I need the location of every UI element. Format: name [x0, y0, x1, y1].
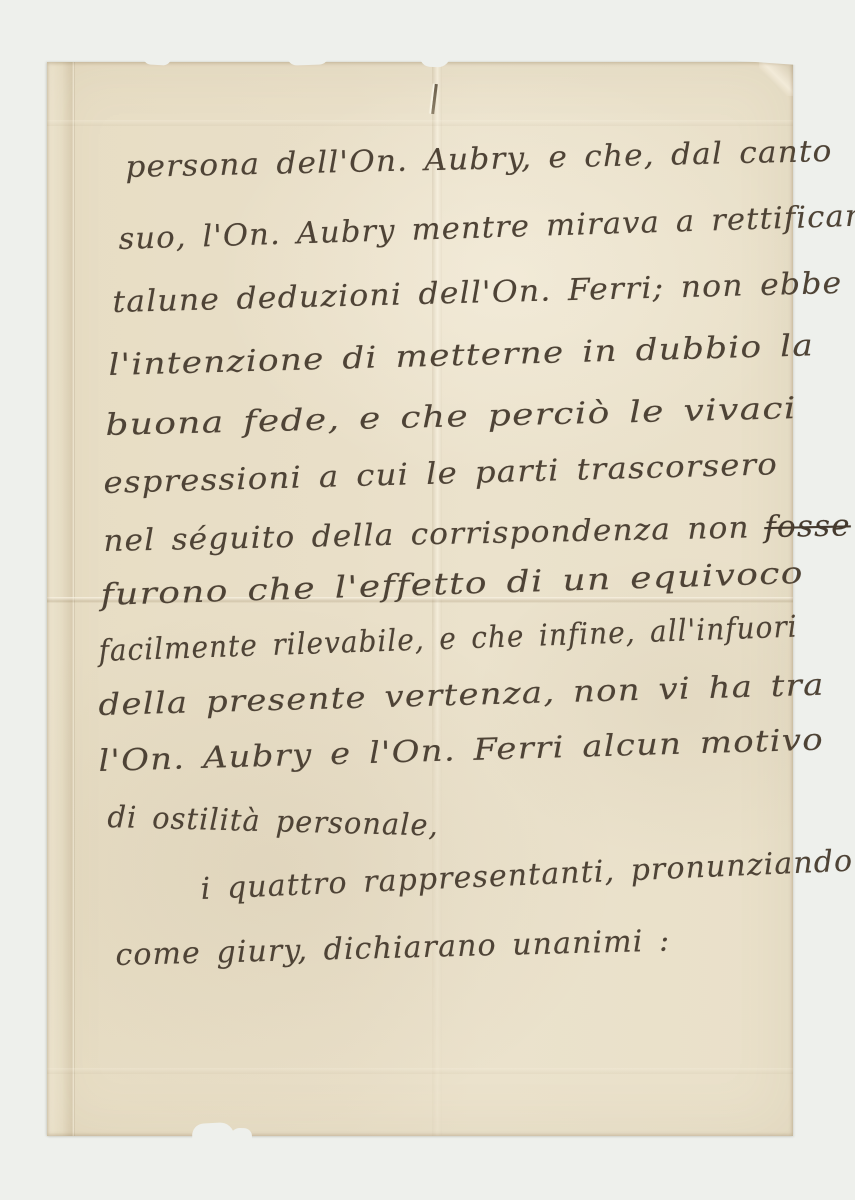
handwritten-text: di ostilità personale, [107, 800, 439, 844]
handwritten-text: facilmente rilevabile, e che infine, all… [98, 610, 798, 669]
handwritten-line: i quattro rappresentanti, pronunziando [200, 844, 854, 907]
handwritten-line: l'intenzione di metterne in dubbio la [108, 328, 814, 383]
scan-background: persona dell'On. Aubry, e che, dal canto… [0, 0, 855, 1200]
bottom-edge-tear [192, 1122, 235, 1142]
handwritten-line: buona fede, e che perciò le vivaci [105, 391, 797, 443]
handwritten-line: l'On. Aubry e l'On. Ferri alcun motivo [98, 722, 824, 779]
horizontal-fold-crease-middle [47, 597, 793, 603]
handwritten-text: buona fede, e che perciò le vivaci [105, 391, 797, 443]
handwritten-line: nel séguito della corrispondenza nonfoss… [103, 508, 851, 559]
handwritten-text: come giury, dichiarano unanimi : [115, 923, 671, 973]
handwritten-text: l'intenzione di metterne in dubbio la [108, 328, 814, 383]
horizontal-fold-crease-bottom [47, 1068, 793, 1074]
handwritten-line: persona dell'On. Aubry, e che, dal canto [125, 134, 833, 185]
handwritten-line: talune deduzioni dell'On. Ferri; non ebb… [112, 266, 843, 320]
struck-word: fosse [764, 508, 851, 545]
handwritten-line: suo, l'On. Aubry mentre mirava a rettifi… [118, 198, 855, 257]
handwritten-text: persona dell'On. Aubry, e che, dal canto [125, 134, 833, 185]
handwritten-line: furono che l'effetto di un equivoco [100, 556, 804, 613]
handwritten-text: i quattro rappresentanti, pronunziando [200, 844, 854, 907]
handwritten-text: furono che l'effetto di un equivoco [100, 556, 804, 613]
handwritten-line: di ostilità personale, [107, 800, 439, 844]
handwritten-line: della presente vertenza, non vi ha tra [98, 668, 825, 723]
horizontal-fold-crease-top [47, 120, 793, 126]
handwritten-line: come giury, dichiarano unanimi : [115, 923, 671, 973]
letter-paper: persona dell'On. Aubry, e che, dal canto… [47, 62, 793, 1136]
bottom-edge-tear [230, 1128, 252, 1141]
handwritten-line: facilmente rilevabile, e che infine, all… [98, 610, 798, 669]
handwritten-text: della presente vertenza, non vi ha tra [98, 668, 825, 723]
handwritten-text: talune deduzioni dell'On. Ferri; non ebb… [112, 266, 843, 320]
top-right-dog-ear [759, 62, 793, 96]
handwritten-text: nel séguito della corrispondenza non [103, 510, 750, 559]
handwritten-text: l'On. Aubry e l'On. Ferri alcun motivo [98, 722, 824, 779]
handwritten-text: suo, l'On. Aubry mentre mirava a rettifi… [118, 198, 855, 257]
